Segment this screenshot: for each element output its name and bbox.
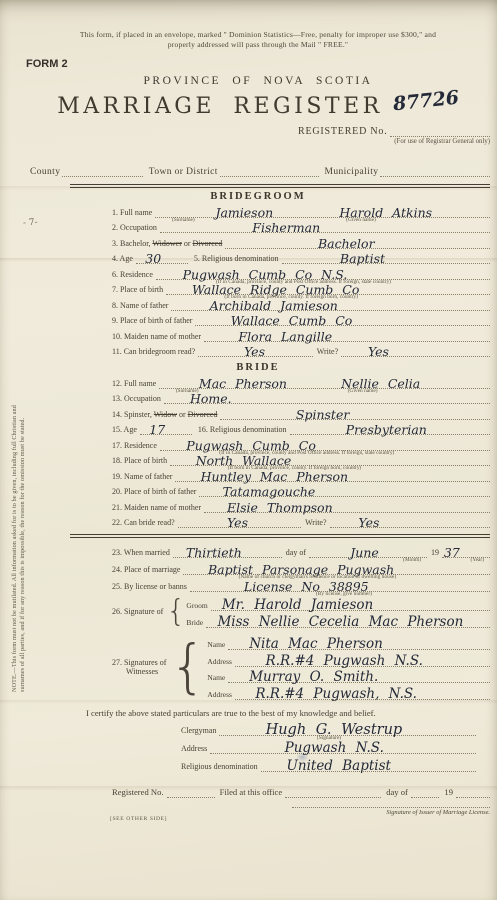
groom-father-row: 8. Name of father Archibald Jamieson xyxy=(112,295,490,311)
groom-occupation-label: 2. Occupation xyxy=(112,223,160,233)
when-married-row: 23. When married Thirtieth day of June (… xyxy=(112,542,490,558)
title-line: MARRIAGE REGISTER 87726 xyxy=(26,90,490,119)
bride-birthplace-label: 18. Place of birth xyxy=(112,456,170,466)
bride-birthplace-line: North Wallace (If born in Canada, provin… xyxy=(170,450,490,467)
groom-read-line: Yes xyxy=(198,341,312,358)
place-of-marriage-row: 24. Place of marriage Baptist Parsonage … xyxy=(112,558,490,575)
registered-no-line xyxy=(390,125,490,137)
form-number: FORM 2 xyxy=(26,58,490,70)
witnesses-label-line1: 27. Signatures of xyxy=(112,658,166,667)
clergyman-address-label: Address xyxy=(181,744,210,754)
clergyman-denomination-handwritten: United Baptist xyxy=(287,758,391,774)
groom-literacy-row: 11. Can bridegroom read? Yes Write? Yes xyxy=(112,342,490,358)
groom-write-handwritten: Yes xyxy=(368,344,389,359)
registered-no-block: REGISTERED No. (For use of Registrar Gen… xyxy=(298,125,490,145)
registered-no-label: REGISTERED No. xyxy=(298,126,388,137)
place-of-marriage-line: Baptist Parsonage Pugwash (Name of churc… xyxy=(183,557,490,575)
groom-birthplace-row: 7. Place of birth Wallace Ridge Cumb Co … xyxy=(112,280,490,296)
witness2-address-handwritten: R.R.#4 Pugwash, N.S. xyxy=(255,686,417,702)
marriage-register-document: NOTE.—This form must not be mutilated. A… xyxy=(0,0,497,900)
bride-status-row: 14. Spinster, Widow or Divorced Spinster xyxy=(112,404,490,420)
bride-signature-handwritten: Miss Nellie Cecelia Mac Pherson xyxy=(217,614,463,630)
clergyman-denomination-label: Religious denomination xyxy=(181,762,261,772)
status-label-pre: 3. Bachelor, xyxy=(112,239,151,248)
office-registration-row: Registered No. Filed at this office day … xyxy=(112,783,490,799)
filed-year-prefix: 19 xyxy=(444,788,456,798)
groom-write-line: Yes xyxy=(341,341,490,358)
handwritten-register-number: 87726 xyxy=(392,87,460,116)
place-of-marriage-label: 24. Place of marriage xyxy=(112,565,183,575)
bride-section: 12. Full name Mac Pherson Nellie Celia (… xyxy=(112,373,490,528)
filed-day-line xyxy=(411,782,440,799)
bride-father-birthplace-line: Tatamagouche xyxy=(199,481,490,498)
when-married-day-line: Thirtieth xyxy=(173,541,282,558)
bride-father-birthplace-row: 20. Place of birth of father Tatamagouch… xyxy=(112,482,490,498)
issuer-signature-block: Signature of Issuer of Marriage License. xyxy=(292,807,490,816)
witness1-name-line: Nita Mac Pherson xyxy=(228,633,490,651)
bride-full-name-row: 12. Full name Mac Pherson Nellie Celia (… xyxy=(112,373,490,389)
groom-father-birthplace-label: 9. Place of birth of father xyxy=(112,316,195,326)
brace-witnesses: { xyxy=(169,640,206,692)
witnesses-label: 27. Signatures of Witnesses xyxy=(112,658,166,676)
license-line: License No 38895 (By license, give numbe… xyxy=(190,574,490,592)
margin-note: NOTE.—This form must not be mutilated. A… xyxy=(11,262,27,692)
see-other-side-note: [SEE OTHER SIDE] xyxy=(110,816,167,822)
clergyman-row: Clergyman Hugh G. Westrup (Signature) xyxy=(181,718,476,736)
bride-write-label: Write? xyxy=(305,518,329,528)
bride-status-struck-divorced: Divorced xyxy=(188,410,218,419)
filed-year-line xyxy=(456,782,490,799)
bride-age-denomination-row: 15. Age 17 16. Religious denomination Pr… xyxy=(112,420,490,436)
jurisdiction-row: County Town or District Municipality xyxy=(30,161,490,177)
when-married-label: 23. When married xyxy=(112,548,173,558)
section-divider xyxy=(70,184,490,188)
groom-father-line: Archibald Jamieson xyxy=(171,294,490,311)
bride-full-name-line: Mac Pherson Nellie Celia (Surname) (Give… xyxy=(159,372,490,389)
bride-occupation-line: Home. xyxy=(164,388,490,405)
bride-status-line: Spinster xyxy=(220,403,490,420)
bride-literacy-row: 22. Can bride read? Yes Write? Yes xyxy=(112,513,490,529)
witness1-address-line: R.R.#4 Pugwash N.S. xyxy=(235,649,490,667)
mail-notice-line2: properly addressed will pass through the… xyxy=(54,40,462,50)
status-label-mid: or xyxy=(184,239,191,248)
bride-residence-line: Pugwash Cumb Co (If in Canada, province,… xyxy=(160,434,490,451)
town-district-label: Town or District xyxy=(149,167,220,177)
couple-signatures-group: 26. Signature of { Groom Mr. Harold Jami… xyxy=(112,595,490,628)
wedding-year-line: 37 (Year) xyxy=(442,541,490,558)
groom-age-denomination-row: 4. Age 30 5. Religious denomination Bapt… xyxy=(112,249,490,265)
status-struck-widower: Widower xyxy=(152,239,181,248)
groom-birthplace-line: Wallace Ridge Cumb Co (If born in Canada… xyxy=(166,279,490,296)
witness2-name-line: Murray O. Smith. xyxy=(228,666,490,684)
bride-father-birthplace-label: 20. Place of birth of father xyxy=(112,487,199,497)
witness2-name-row: Name Murray O. Smith. xyxy=(207,667,490,684)
bride-occupation-row: 13. Occupation Home. xyxy=(112,389,490,405)
wedding-month-line: June (Month) xyxy=(309,541,427,558)
marriage-section: 23. When married Thirtieth day of June (… xyxy=(112,542,490,700)
groom-status-row: 3. Bachelor, Widower or Divorced Bachelo… xyxy=(112,233,490,249)
groom-birthplace-label: 7. Place of birth xyxy=(112,285,166,295)
mail-notice: This form, if placed in an envelope, mar… xyxy=(26,30,490,49)
witness2-address-line: R.R.#4 Pugwash, N.S. xyxy=(235,682,490,700)
bride-residence-label: 17. Residence xyxy=(112,441,160,451)
bride-residence-row: 17. Residence Pugwash Cumb Co (If in Can… xyxy=(112,435,490,451)
groom-residence-label: 6. Residence xyxy=(112,270,156,280)
license-row: 25. By license or banns License No 38895… xyxy=(112,575,490,592)
witness2-name-label: Name xyxy=(207,673,228,683)
registered-no-bottom-label: Registered No. xyxy=(112,788,167,798)
witness-signatures-group: 27. Signatures of Witnesses { Name Nita … xyxy=(112,634,490,700)
witness1-address-row: Address R.R.#4 Pugwash N.S. xyxy=(207,650,490,667)
bride-signature-line: Miss Nellie Cecelia Mac Pherson xyxy=(206,610,490,628)
registrar-general-note: (For use of Registrar General only) xyxy=(298,138,490,145)
registered-no-bottom-line xyxy=(167,782,215,799)
bride-father-line: Huntley Mac Pherson xyxy=(175,465,490,482)
bride-age-label: 15. Age xyxy=(112,425,140,435)
groom-signature-row: Groom Mr. Harold Jamieson xyxy=(186,595,490,612)
clergyman-line: Hugh G. Westrup (Signature) xyxy=(219,717,476,736)
bride-status-label-mid: or xyxy=(179,410,186,419)
page-title: MARRIAGE REGISTER xyxy=(57,94,383,119)
groom-mother-row: 10. Maiden name of mother Flora Langille xyxy=(112,326,490,342)
groom-write-label: Write? xyxy=(317,347,341,357)
groom-signature-line: Mr. Harold Jamieson xyxy=(211,594,490,612)
witness1-name-row: Name Nita Mac Pherson xyxy=(207,634,490,651)
brace-couple: { xyxy=(166,598,185,625)
bride-mother-line: Elsie Thompson xyxy=(204,496,490,513)
witness2-address-label: Address xyxy=(207,690,235,700)
bride-read-handwritten: Yes xyxy=(227,515,248,530)
bride-signature-label: Bride xyxy=(186,618,206,628)
groom-read-label: 11. Can bridegroom read? xyxy=(112,347,198,357)
bride-occupation-label: 13. Occupation xyxy=(112,394,164,404)
province-title: PROVINCE OF NOVA SCOTIA xyxy=(26,75,490,87)
bride-write-line: Yes xyxy=(330,512,490,529)
bride-status-struck-widow: Widow xyxy=(154,410,177,419)
clergyman-block: Clergyman Hugh G. Westrup (Signature) Ad… xyxy=(181,718,476,772)
bride-denomination-line: Presbyterian xyxy=(290,419,490,436)
groom-status-line: Bachelor xyxy=(225,232,490,249)
groom-residence-row: 6. Residence Pugwash Cumb Co N.S. (If in… xyxy=(112,264,490,280)
filed-day-of-label: day of xyxy=(386,788,411,798)
witness1-name-label: Name xyxy=(207,640,228,650)
witnesses-label-line2: Witnesses xyxy=(112,667,158,676)
groom-full-name-line: Jamieson Harold Atkins (Surname) (Given … xyxy=(155,201,490,218)
section-divider-2 xyxy=(70,534,490,538)
groom-father-birthplace-line: Wallace Cumb Co xyxy=(195,310,490,327)
mail-notice-line1: This form, if placed in an envelope, mar… xyxy=(54,30,462,40)
footer: [SEE OTHER SIDE] Signature of Issuer of … xyxy=(26,807,490,822)
groom-denomination-line: Baptist xyxy=(282,248,490,265)
groom-occupation-line: Fisherman xyxy=(160,217,490,234)
groom-full-name-label: 1. Full name xyxy=(112,208,155,218)
bride-mother-row: 21. Maiden name of mother Elsie Thompson xyxy=(112,497,490,513)
bride-status-label-pre: 14. Spinster, xyxy=(112,410,152,419)
municipality-line xyxy=(380,160,490,177)
groom-father-label: 8. Name of father xyxy=(112,301,171,311)
signature-of-label: 26. Signature of xyxy=(112,607,163,616)
clergyman-address-line: Pugwash N.S. xyxy=(210,735,476,754)
bride-read-label: 22. Can bride read? xyxy=(112,518,178,528)
bridegroom-section: 1. Full name Jamieson Harold Atkins (Sur… xyxy=(112,202,490,357)
groom-residence-line: Pugwash Cumb Co N.S. (If in Canada, prov… xyxy=(156,263,490,280)
groom-mother-line: Flora Langille xyxy=(204,325,490,342)
bride-birthplace-row: 18. Place of birth North Wallace (If bor… xyxy=(112,451,490,467)
clergyman-address-row: Address Pugwash N.S. xyxy=(181,736,476,754)
bride-full-name-label: 12. Full name xyxy=(112,379,159,389)
groom-age-label: 4. Age xyxy=(112,254,136,264)
bride-write-handwritten: Yes xyxy=(358,515,379,530)
county-line xyxy=(62,160,142,177)
groom-full-name-row: 1. Full name Jamieson Harold Atkins (Sur… xyxy=(112,202,490,218)
bride-signature-row: Bride Miss Nellie Cecelia Mac Pherson xyxy=(186,611,490,628)
filed-at-office-label: Filed at this office xyxy=(220,788,286,798)
groom-age-line: 30 xyxy=(136,248,188,265)
witness2-address-row: Address R.R.#4 Pugwash, N.S. xyxy=(207,683,490,700)
groom-occupation-row: 2. Occupation Fisherman xyxy=(112,218,490,234)
town-district-line xyxy=(220,160,319,177)
groom-father-birthplace-row: 9. Place of birth of father Wallace Cumb… xyxy=(112,311,490,327)
clergyman-denomination-row: Religious denomination United Baptist xyxy=(181,754,476,772)
groom-read-handwritten: Yes xyxy=(244,344,265,359)
status-struck-divorced: Divorced xyxy=(193,239,223,248)
license-label: 25. By license or banns xyxy=(112,582,190,592)
bride-age-line: 17 xyxy=(140,419,192,436)
filed-at-office-line xyxy=(285,782,381,799)
county-label: County xyxy=(30,167,62,177)
bride-father-row: 19. Name of father Huntley Mac Pherson xyxy=(112,466,490,482)
municipality-label: Municipality xyxy=(325,167,381,177)
groom-mother-label: 10. Maiden name of mother xyxy=(112,332,204,342)
clergyman-denomination-line: United Baptist xyxy=(261,753,476,772)
margin-note-line1: NOTE.—This form must not be mutilated. A… xyxy=(11,262,19,692)
bride-father-label: 19. Name of father xyxy=(112,472,175,482)
bride-read-line: Yes xyxy=(178,512,301,529)
issuer-signature-caption: Signature of Issuer of Marriage License. xyxy=(292,809,490,816)
